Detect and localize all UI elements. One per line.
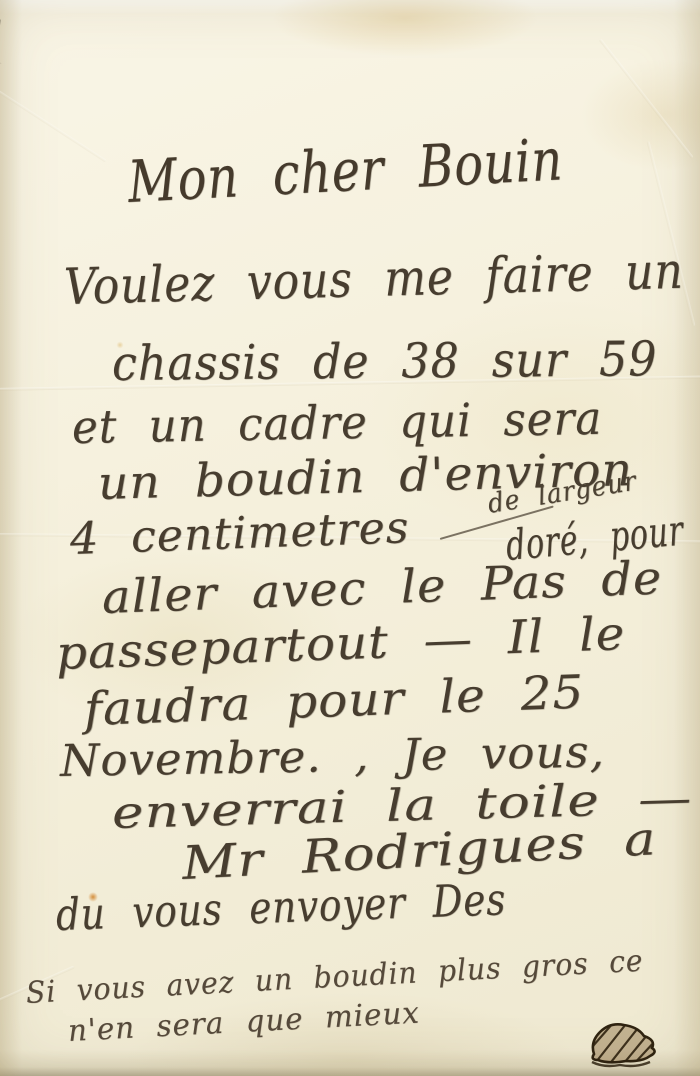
body-line: Voulez vous me faire un [63,242,684,316]
ink-blot-stamp-icon [584,1020,658,1070]
salutation-line: Mon cher Bouin [126,125,564,216]
paper-corner-mark [0,19,13,64]
crease-fold [0,78,107,162]
body-line: du vous envoyer Des [55,874,507,941]
letter-paper: Mon cher Bouin Voulez vous me faire un c… [0,0,700,1076]
body-line: chassis de 38 sur 59 [112,331,658,392]
body-line: 4 centimetres [69,502,410,565]
crease-fold [599,39,694,159]
